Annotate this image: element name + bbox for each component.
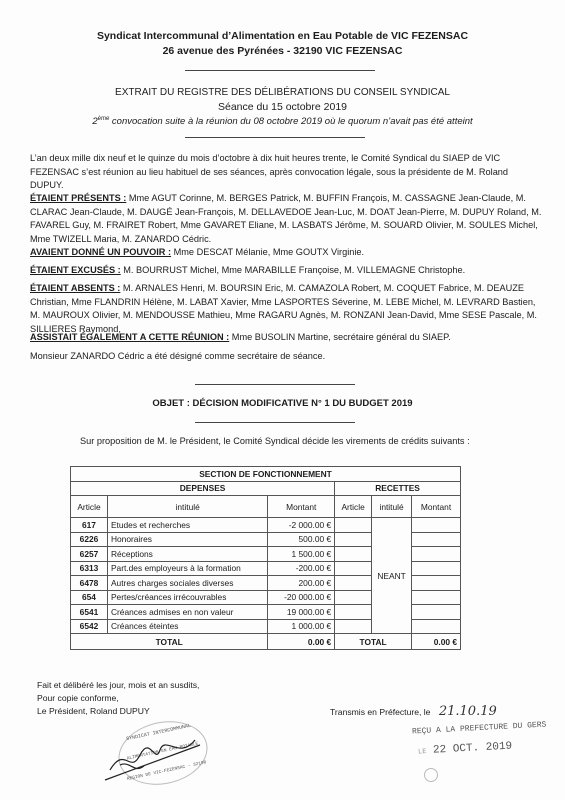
recettes-montant-cell: [412, 561, 461, 576]
recettes-montant-cell: [412, 547, 461, 562]
document-title: EXTRAIT DU REGISTRE DES DÉLIBÉRATIONS DU…: [0, 87, 565, 98]
row-montant: 1 500.00 €: [268, 547, 335, 562]
row-montant: -20 000.00 €: [268, 590, 335, 605]
row-article: 6541: [71, 605, 108, 620]
intro-paragraph: L’an deux mille dix neuf et le quinze du…: [30, 152, 542, 193]
absents-label: ÉTAIENT ABSENTS :: [30, 283, 120, 293]
absents-paragraph: ÉTAIENT ABSENTS : M. ARNALES Henri, M. B…: [30, 282, 542, 336]
closing-block: Fait et délibéré les jour, mois et an su…: [37, 679, 199, 718]
received-prefix: LE: [418, 748, 427, 756]
total-recettes-value: 0.00 €: [412, 634, 461, 650]
presents-label: ÉTAIENT PRÉSENTS :: [30, 193, 126, 203]
row-intitule: Réceptions: [107, 547, 267, 562]
prefecture-received-stamp: REÇU A LA PREFECTURE DU GERS: [412, 720, 547, 736]
budget-table: SECTION DE FONCTIONNEMENT DEPENSES RECET…: [70, 466, 461, 650]
organization-address: 26 avenue des Pyrénées - 32190 VIC FEZEN…: [0, 45, 565, 57]
row-montant: 19 000.00 €: [268, 605, 335, 620]
row-montant: -200.00 €: [268, 561, 335, 576]
col-article: Article: [71, 496, 108, 518]
divider: [195, 422, 355, 423]
total-depenses-label: TOTAL: [71, 634, 268, 650]
received-date: 22 OCT. 2019: [433, 741, 513, 757]
col-recettes-article: Article: [335, 496, 372, 518]
recettes-article-cell: [335, 547, 372, 562]
recettes-article-cell: [335, 561, 372, 576]
recettes-header: RECETTES: [335, 481, 461, 496]
excuses-label: ÉTAIENT EXCUSÉS :: [30, 265, 121, 275]
table-row: 617 Etudes et recherches -2 000.00 € NEA…: [71, 518, 461, 533]
closing-line-1: Fait et délibéré les jour, mois et an su…: [37, 679, 199, 692]
excuses-paragraph: ÉTAIENT EXCUSÉS : M. BOURRUST Michel, Mm…: [30, 264, 542, 278]
recettes-montant-cell: [412, 576, 461, 591]
row-intitule: Créances éteintes: [107, 619, 267, 634]
divider: [195, 384, 355, 385]
row-intitule: Pertes/créances irrécouvrables: [107, 590, 267, 605]
col-intitule: intitulé: [107, 496, 267, 518]
recettes-montant-cell: [412, 619, 461, 634]
row-article: 654: [71, 590, 108, 605]
total-recettes-label: TOTAL: [335, 634, 412, 650]
pouvoir-list: Mme DESCAT Mélanie, Mme GOUTX Virginie.: [171, 247, 364, 257]
row-intitule: Autres charges sociales diverses: [107, 576, 267, 591]
pouvoir-label: AVAIENT DONNÉ UN POUVOIR :: [30, 247, 171, 257]
divider: [185, 70, 375, 71]
row-article: 6542: [71, 619, 108, 634]
excuses-list: M. BOURRUST Michel, Mme MARABILLE Franço…: [121, 265, 465, 275]
recettes-article-cell: [335, 605, 372, 620]
divider: [185, 137, 365, 138]
total-depenses-value: 0.00 €: [268, 634, 335, 650]
col-recettes-intitule: intitulé: [372, 496, 412, 518]
organization-name: Syndicat Intercommunal d’Alimentation en…: [0, 30, 565, 42]
row-montant: 200.00 €: [268, 576, 335, 591]
section-title: SECTION DE FONCTIONNEMENT: [71, 467, 461, 482]
transmis-date: 21.10.19: [439, 704, 497, 719]
object-title: OBJET : DÉCISION MODIFICATIVE N° 1 DU BU…: [0, 398, 565, 409]
proposition-text: Sur proposition de M. le Président, le C…: [80, 436, 470, 446]
secretary-paragraph: Monsieur ZANARDO Cédric a été désigné co…: [30, 350, 542, 364]
session-date: Séance du 15 octobre 2019: [0, 101, 565, 113]
recettes-article-cell: [335, 590, 372, 605]
recettes-article-cell: [335, 576, 372, 591]
convocation-ordinal: 2ème: [92, 116, 109, 127]
presents-paragraph: ÉTAIENT PRÉSENTS : Mme AGUT Corinne, M. …: [30, 192, 542, 246]
transmis-prefecture: Transmis en Préfecture, le 21.10.19: [330, 704, 497, 719]
col-recettes-montant: Montant: [412, 496, 461, 518]
recettes-article-cell: [335, 532, 372, 547]
row-intitule: Etudes et recherches: [107, 518, 267, 533]
row-montant: 500.00 €: [268, 532, 335, 547]
recettes-montant-cell: [412, 605, 461, 620]
row-article: 6226: [71, 532, 108, 547]
recettes-montant-cell: [412, 518, 461, 533]
convocation-text: convocation suite à la réunion du 08 oct…: [109, 116, 472, 127]
row-article: 6257: [71, 547, 108, 562]
depenses-header: DEPENSES: [71, 481, 335, 496]
assistait-paragraph: ASSISTAIT ÉGALEMENT A CETTE RÉUNION : Mm…: [30, 331, 542, 345]
convocation-note: 2ème convocation suite à la réunion du 0…: [0, 116, 565, 127]
recettes-montant-cell: [412, 590, 461, 605]
recettes-montant-cell: [412, 532, 461, 547]
row-intitule: Part.des employeurs à la formation: [107, 561, 267, 576]
prefecture-received-date: LE 22 OCT. 2019: [418, 741, 513, 758]
row-article: 617: [71, 518, 108, 533]
row-intitule: Honoraires: [107, 532, 267, 547]
recettes-article-cell: [335, 619, 372, 634]
assistait-text: Mme BUSOLIN Martine, secrétaire général …: [229, 332, 450, 342]
recettes-article-cell: [335, 518, 372, 533]
prefecture-seal-icon: [424, 768, 438, 782]
row-article: 6313: [71, 561, 108, 576]
transmis-label: Transmis en Préfecture, le: [330, 707, 430, 717]
closing-line-3: Le Président, Roland DUPUY: [37, 705, 199, 718]
col-montant: Montant: [268, 496, 335, 518]
closing-line-2: Pour copie conforme,: [37, 692, 199, 705]
row-article: 6478: [71, 576, 108, 591]
pouvoir-paragraph: AVAIENT DONNÉ UN POUVOIR : Mme DESCAT Mé…: [30, 246, 542, 260]
recettes-neant: NEANT: [372, 518, 412, 634]
assistait-label: ASSISTAIT ÉGALEMENT A CETTE RÉUNION :: [30, 332, 229, 342]
signature-icon: [100, 725, 210, 785]
row-montant: -2 000.00 €: [268, 518, 335, 533]
row-montant: 1 000.00 €: [268, 619, 335, 634]
row-intitule: Créances admises en non valeur: [107, 605, 267, 620]
